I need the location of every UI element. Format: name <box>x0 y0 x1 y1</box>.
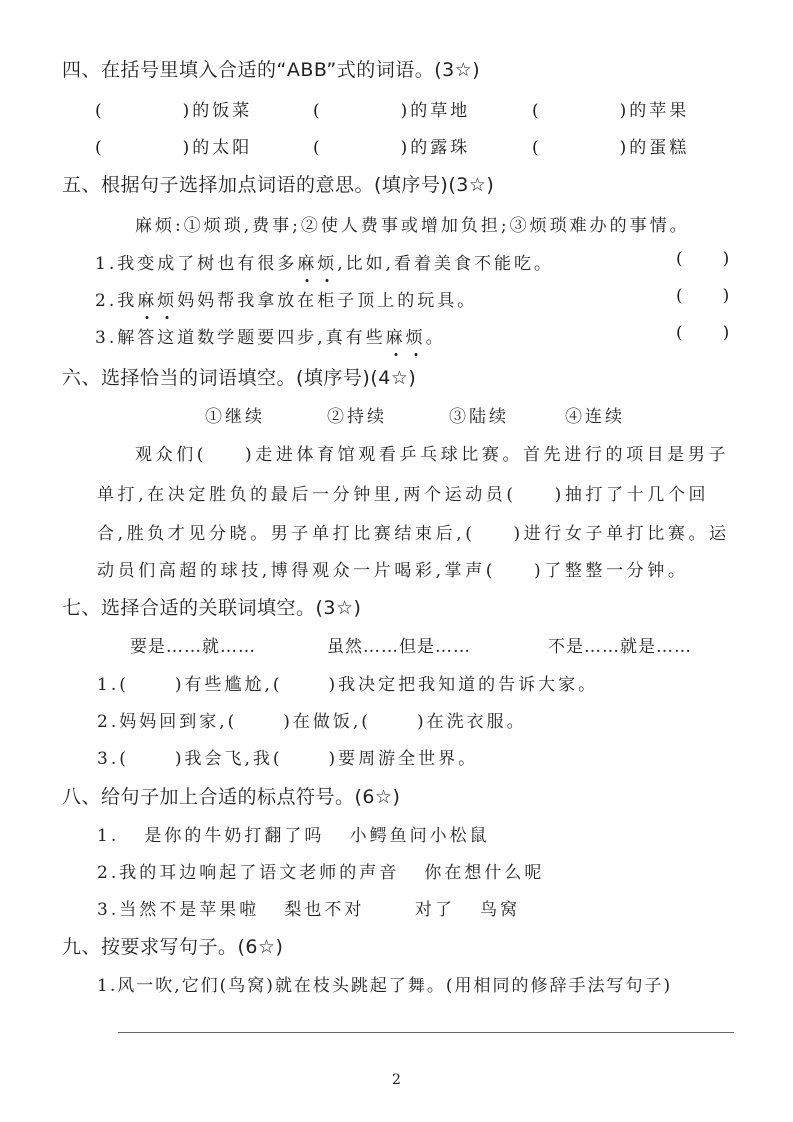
s5-item-3: 3.解答这道数学题要四步,真有些麻烦。 <box>95 323 446 348</box>
emphasized-word: 麻烦 <box>137 291 177 311</box>
s9-item-1: 1.风一吹,它们(鸟窝)就在枝头跳起了舞。(用相同的修辞手法写句子) <box>97 971 672 996</box>
definition-text: 麻烦:①烦琐,费事;②使人费事或增加负担;③烦琐难办的事情。 <box>135 211 690 236</box>
answer-line[interactable] <box>118 1032 734 1033</box>
s6-option-1: ①继续 <box>205 402 265 427</box>
s6-passage-line-2: 单打,在决定胜负的最后一分钟里,两个运动员()抽打了十几个回 <box>97 480 709 505</box>
s6-option-4: ④连续 <box>565 402 625 427</box>
section-8-heading: 八、给句子加上合适的标点符号。(6☆) <box>62 782 400 809</box>
page-number: 2 <box>0 1072 793 1088</box>
s7-option-2: 虽然……但是…… <box>327 632 471 657</box>
s5-item-1: 1.我变成了树也有很多麻烦,比如,看着美食不能吃。 <box>95 249 554 274</box>
emphasis-char: 麻 <box>386 323 406 348</box>
s8-item-1: 1. 是你的牛奶打翻了吗 小鳄鱼问小松鼠 <box>97 821 490 846</box>
section-5-heading: 五、根据句子选择加点词语的意思。(填序号)(3☆) <box>62 170 494 197</box>
s6-option-2: ②持续 <box>327 402 387 427</box>
section-6-heading: 六、选择恰当的词语填空。(填序号)(4☆) <box>62 363 416 390</box>
answer-blank-2[interactable]: () <box>676 286 729 306</box>
s5-item-2: 2.我麻烦妈妈帮我拿放在柜子顶上的玩具。 <box>95 286 477 311</box>
emphasized-word: 麻烦 <box>386 328 426 348</box>
s8-item-3: 3.当然不是苹果啦 梨也不对 对了 鸟窝 <box>97 895 520 920</box>
emphasis-char: 麻 <box>297 249 317 274</box>
s6-passage-line-1: 观众们()走进体育馆观看乒乓球比赛。首先进行的项目是男子 <box>135 440 729 465</box>
s8-item-2: 2.我的耳边响起了语文老师的声音 你在想什么呢 <box>97 858 544 883</box>
s7-item-1: 1.()有些尴尬,()我决定把我知道的告诉大家。 <box>97 670 598 695</box>
emphasis-char: 烦 <box>157 286 177 311</box>
s7-item-2: 2.妈妈回到家,()在做饭,()在洗衣服。 <box>97 707 527 732</box>
s6-option-3: ③陆续 <box>449 402 509 427</box>
emphasis-char: 麻 <box>137 286 157 311</box>
emphasis-char: 烦 <box>317 249 337 274</box>
answer-blank-3[interactable]: () <box>676 323 729 343</box>
section-9-heading: 九、按要求写句子。(6☆) <box>62 932 283 959</box>
emphasized-word: 麻烦 <box>297 254 337 274</box>
emphasis-char: 烦 <box>406 323 426 348</box>
s7-item-3: 3.()我会飞,我()要周游全世界。 <box>97 744 478 769</box>
answer-blank-1[interactable]: () <box>676 249 729 269</box>
s6-passage-line-3: 合,胜负才见分晓。男子单打比赛结束后,()进行女子单打比赛。运 <box>97 519 730 544</box>
s7-option-3: 不是……就是…… <box>548 632 692 657</box>
s6-passage-line-4: 动员们高超的球技,博得观众一片喝彩,掌声()了整整一分钟。 <box>97 556 688 581</box>
worksheet-page: 四、在括号里填入合适的“ABB”式的词语。(3☆) ()的饭菜 ()的草地 ()… <box>0 0 793 1122</box>
section-7-heading: 七、选择合适的关联词填空。(3☆) <box>62 593 361 620</box>
s7-option-1: 要是……就…… <box>130 632 256 657</box>
section-4-heading: 四、在括号里填入合适的“ABB”式的词语。(3☆) <box>62 55 480 82</box>
